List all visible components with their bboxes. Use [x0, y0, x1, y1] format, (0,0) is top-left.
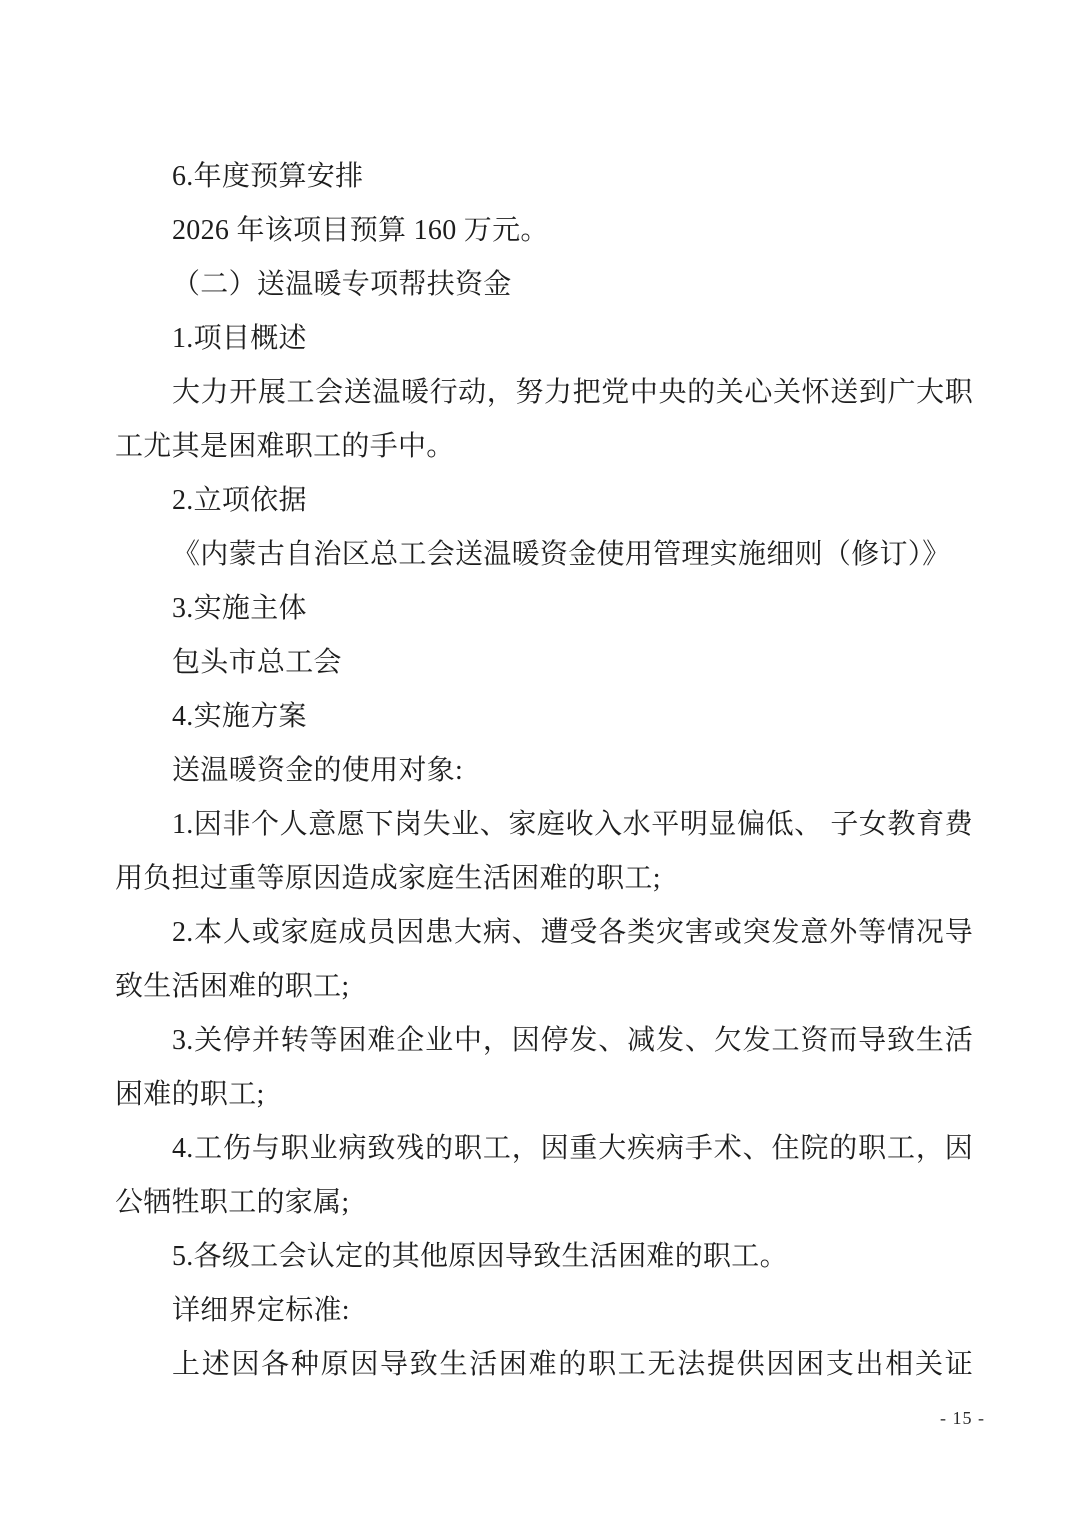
para-project-overview-heading: 1.项目概述: [115, 312, 973, 366]
para-project-overview-body: 大力开展工会送温暖行动，努力把党中央的关心关怀送到广大职工尤其是困难职工的手中。: [115, 366, 973, 474]
document-page: 6.年度预算安排 2026 年该项目预算 160 万元。 （二）送温暖专项帮扶资…: [0, 0, 1075, 1520]
para-budget-amount: 2026 年该项目预算 160 万元。: [115, 204, 973, 258]
para-recipient-item-2: 2.本人或家庭成员因患大病、遭受各类灾害或突发意外等情况导致生活困难的职工;: [115, 906, 973, 1014]
para-recipient-item-5: 5.各级工会认定的其他原因导致生活困难的职工。: [115, 1230, 973, 1284]
para-annual-budget-heading: 6.年度预算安排: [115, 150, 973, 204]
para-criteria-body: 上述因各种原因导致生活困难的职工无法提供因困支出相关证: [115, 1338, 973, 1392]
para-recipient-item-4: 4.工伤与职业病致残的职工，因重大疾病手术、住院的职工，因公牺牲职工的家属;: [115, 1122, 973, 1230]
document-body: 6.年度预算安排 2026 年该项目预算 160 万元。 （二）送温暖专项帮扶资…: [115, 150, 973, 1392]
para-implementer-heading: 3.实施主体: [115, 582, 973, 636]
para-recipient-item-3: 3.关停并转等困难企业中，因停发、减发、欠发工资而导致生活困难的职工;: [115, 1014, 973, 1122]
para-section-two-heading: （二）送温暖专项帮扶资金: [115, 258, 973, 312]
page-number: - 15 -: [940, 1406, 985, 1430]
para-fund-recipients-intro: 送温暖资金的使用对象:: [115, 744, 973, 798]
para-approval-basis-heading: 2.立项依据: [115, 474, 973, 528]
para-implementation-plan-heading: 4.实施方案: [115, 690, 973, 744]
para-approval-basis-body: 《内蒙古自治区总工会送温暖资金使用管理实施细则（修订）》: [115, 528, 973, 582]
para-criteria-heading: 详细界定标准:: [115, 1284, 973, 1338]
para-recipient-item-1: 1.因非个人意愿下岗失业、家庭收入水平明显偏低、 子女教育费用负担过重等原因造成…: [115, 798, 973, 906]
para-implementer-body: 包头市总工会: [115, 636, 973, 690]
